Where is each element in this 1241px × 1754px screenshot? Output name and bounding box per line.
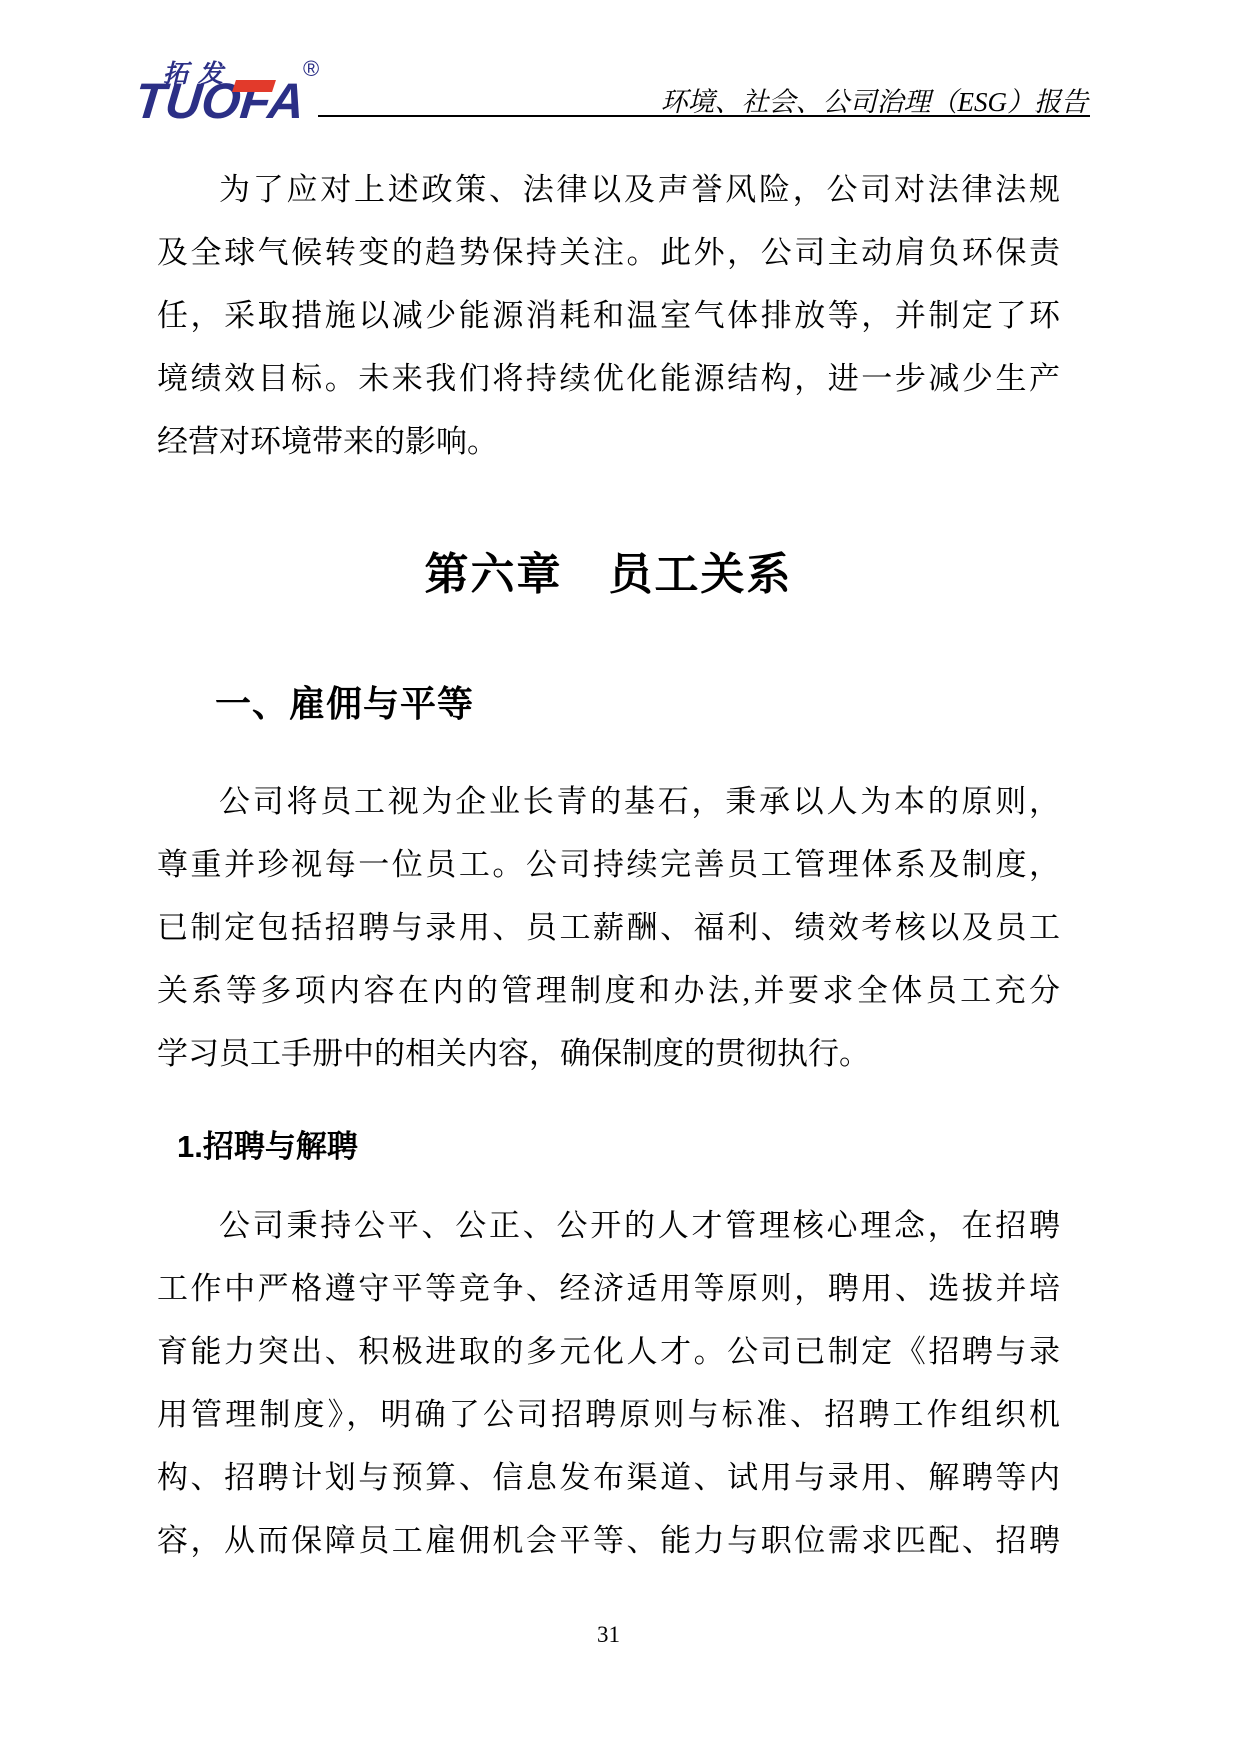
logo-red-accent-bar — [232, 80, 276, 92]
paragraph-line: 及全球气候转变的趋势保持关注。此外，公司主动肩负环保责 — [157, 221, 1060, 284]
subsection-heading: 1.招聘与解聘 — [157, 1125, 1060, 1169]
report-title: 环境、社会、公司治理（ESG）报告 — [661, 80, 1089, 119]
page-content: 为了应对上述政策、法律以及声誉风险，公司对法律法规 及全球气候转变的趋势保持关注… — [157, 158, 1060, 1572]
paragraph-climate-response: 为了应对上述政策、法律以及声誉风险，公司对法律法规 及全球气候转变的趋势保持关注… — [157, 158, 1060, 473]
paragraph-recruitment: 公司秉持公平、公正、公开的人才管理核心理念，在招聘 工作中严格遵守平等竞争、经济… — [157, 1194, 1060, 1572]
section-heading: 一、雇佣与平等 — [157, 679, 1060, 729]
paragraph-line: 已制定包括招聘与录用、员工薪酬、福利、绩效考核以及员工 — [157, 896, 1060, 959]
paragraph-line: 公司将员工视为企业长青的基石，秉承以人为本的原则， — [157, 770, 1060, 833]
paragraph-line: 经营对环境带来的影响。 — [157, 410, 1060, 473]
paragraph-line: 任，采取措施以减少能源消耗和温室气体排放等，并制定了环 — [157, 284, 1060, 347]
paragraph-employee-philosophy: 公司将员工视为企业长青的基石，秉承以人为本的原则， 尊重并珍视每一位员工。公司持… — [157, 770, 1060, 1085]
paragraph-line: 尊重并珍视每一位员工。公司持续完善员工管理体系及制度， — [157, 833, 1060, 896]
chapter-heading: 第六章 员工关系 — [157, 543, 1060, 607]
paragraph-line: 公司秉持公平、公正、公开的人才管理核心理念，在招聘 — [157, 1194, 1060, 1257]
paragraph-line: 容，从而保障员工雇佣机会平等、能力与职位需求匹配、招聘 — [157, 1509, 1060, 1572]
header-divider-rule — [318, 115, 1090, 117]
logo-wordmark: TUOFA — [132, 76, 307, 126]
company-logo: 拓发 TUOFA ® — [135, 50, 335, 140]
page-number: 31 — [157, 1622, 1060, 1648]
paragraph-line: 用管理制度》，明确了公司招聘原则与标准、招聘工作组织机 — [157, 1383, 1060, 1446]
paragraph-line: 育能力突出、积极进取的多元化人才。公司已制定《招聘与录 — [157, 1320, 1060, 1383]
paragraph-line: 关系等多项内容在内的管理制度和办法,并要求全体员工充分 — [157, 959, 1060, 1022]
paragraph-line: 境绩效目标。未来我们将持续优化能源结构，进一步减少生产 — [157, 347, 1060, 410]
paragraph-line: 学习员工手册中的相关内容，确保制度的贯彻执行。 — [157, 1022, 1060, 1085]
paragraph-line: 构、招聘计划与预算、信息发布渠道、试用与录用、解聘等内 — [157, 1446, 1060, 1509]
paragraph-line: 为了应对上述政策、法律以及声誉风险，公司对法律法规 — [157, 158, 1060, 221]
paragraph-line: 工作中严格遵守平等竞争、经济适用等原则，聘用、选拔并培 — [157, 1257, 1060, 1320]
registered-trademark-icon: ® — [303, 56, 319, 82]
